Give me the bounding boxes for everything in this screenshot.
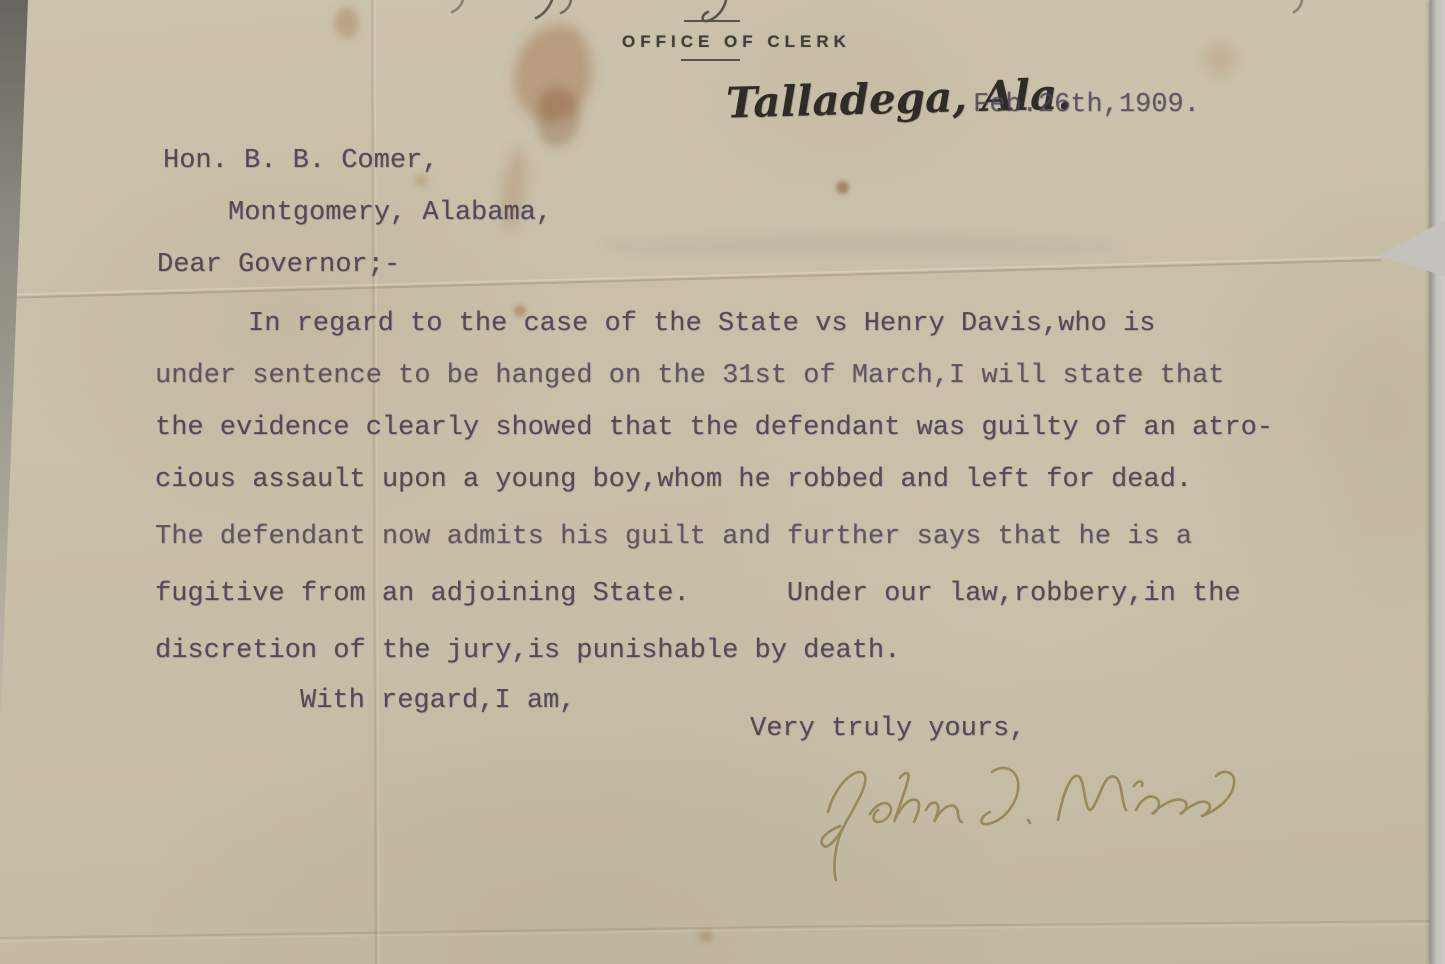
paper-edge-notch [1379, 220, 1445, 276]
paper-speck [836, 181, 849, 194]
paper-stain [514, 24, 592, 122]
body-line: under sentence to be hanged on the 31st … [155, 363, 1224, 390]
body-line: the evidence clearly showed that the def… [155, 415, 1273, 442]
letterhead-rule-bottom [681, 59, 740, 61]
cutoff-letterhead-descenders [452, 0, 1302, 21]
paper-stain [334, 8, 358, 38]
backing-right-edge [1430, 0, 1445, 964]
paper-stain [538, 88, 580, 146]
paper-speck [698, 931, 713, 942]
body-line: fugitive from an adjoining State. Under … [155, 581, 1241, 608]
backing-left-edge [0, 0, 28, 740]
recipient-city-line: Montgomery, Alabama, [228, 200, 552, 227]
ink-transfer-ghost [600, 236, 1120, 256]
salutation-line: Dear Governor;- [157, 252, 400, 279]
paper-stain [1205, 42, 1235, 76]
signature-script-strokes [806, 748, 1246, 888]
letter-date: Feb.26th,1909. [973, 92, 1200, 119]
recipient-name-line: Hon. B. B. Comer, [163, 148, 438, 175]
letterhead-office-line: OFFICE OF CLERK [622, 32, 851, 52]
body-line: In regard to the case of the State vs He… [248, 311, 1155, 338]
letterhead-rule-top [684, 20, 740, 22]
body-line: cious assault upon a young boy,whom he r… [155, 467, 1192, 494]
handwritten-signature: John D. McNeel [806, 748, 1246, 893]
photographed-letter: OFFICE OF CLERK Talladega, Ala. Feb.26th… [0, 0, 1445, 964]
closing-regard-line: With regard,I am, [300, 688, 575, 715]
body-line: The defendant now admits his guilt and f… [155, 524, 1192, 551]
valediction-line: Very truly yours, [750, 716, 1025, 743]
body-line: discretion of the jury,is punishable by … [155, 638, 900, 665]
